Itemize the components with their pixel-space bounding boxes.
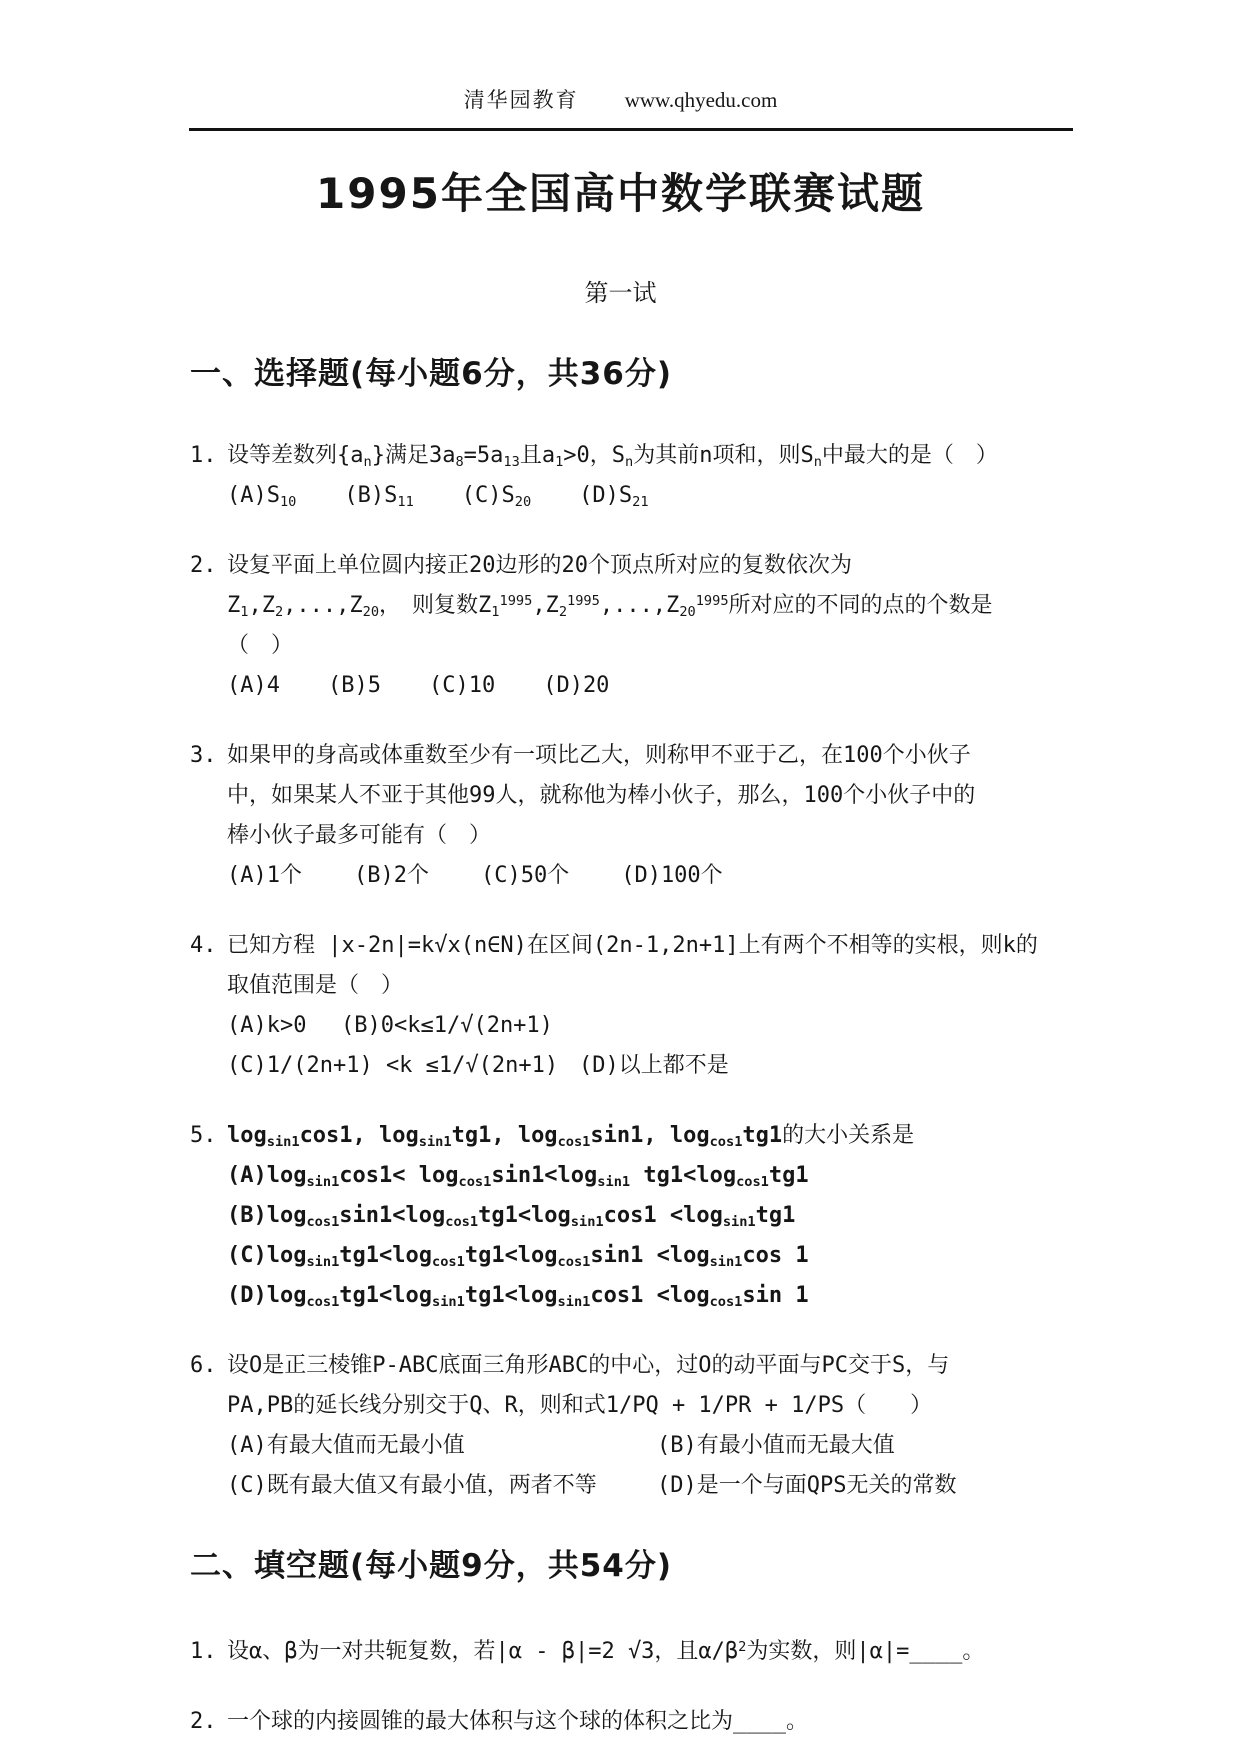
brand-text: 清华园教育 (464, 84, 579, 114)
question-line: 取值范围是（ ） (227, 966, 1085, 1006)
question-number: 1. (190, 436, 227, 516)
option-b: (B)5 (328, 666, 381, 706)
document-page: 清华园教育 www.qhyedu.com 1995年全国高中数学联赛试题 第一试… (0, 0, 1241, 1754)
option-a: (A)4 (227, 666, 280, 706)
question-line: logsin1cos1, logsin1tg1, logcos1sin1, lo… (227, 1116, 1085, 1156)
section-1-heading: 一、选择题(每小题6分，共36分) (190, 354, 1085, 394)
option-d: (D)100个 (621, 856, 722, 896)
question-2: 2. 设复平面上单位圆内接正20边形的20个顶点所对应的复数依次为 Z1,Z2,… (190, 546, 1085, 706)
question-1: 1. 设等差数列{an}满足3a8=5a13且a1>0，Sn为其前n项和，则Sn… (190, 436, 1085, 516)
question-line: 已知方程 |x-2n|=k√x(n∈N)在区间(2n-1,2n+1]上有两个不相… (227, 926, 1085, 966)
question-line: Z1,Z2,...,Z20， 则复数Z11995,Z21995,...,Z201… (227, 586, 1085, 626)
option-c: (C)1/(2n+1) <k ≤1/√(2n+1) (227, 1046, 579, 1086)
question-line: 如果甲的身高或体重数至少有一项比乙大，则称甲不亚于乙，在100个小伙子 (227, 736, 1085, 776)
fill-question-2: 2. 一个球的内接圆锥的最大体积与这个球的体积之比为____。 (190, 1702, 1085, 1742)
option-b: (B)logcos1sin1<logcos1tg1<logsin1cos1 <l… (227, 1196, 795, 1236)
question-body: 设α、β为一对共轭复数，若|α - β|=2 √3，且α/β2为实数，则|α|=… (227, 1632, 1085, 1672)
option-a: (A)logsin1cos1< logcos1sin1<logsin1 tg1<… (227, 1156, 809, 1196)
option-c: (C)S20 (462, 476, 531, 516)
section-2-heading: 二、填空题(每小题9分，共54分) (190, 1546, 1085, 1586)
question-line: 一个球的内接圆锥的最大体积与这个球的体积之比为____。 (227, 1702, 1085, 1742)
option-c: (C)10 (429, 666, 495, 706)
document-body: 一、选择题(每小题6分，共36分) 1. 设等差数列{an}满足3a8=5a13… (190, 354, 1085, 1742)
fill-question-1: 1. 设α、β为一对共轭复数，若|α - β|=2 √3，且α/β2为实数，则|… (190, 1632, 1085, 1672)
header-rule (189, 128, 1073, 131)
question-line: 设复平面上单位圆内接正20边形的20个顶点所对应的复数依次为 (227, 546, 1085, 586)
question-line: PA,PB的延长线分别交于Q、R，则和式1/PQ + 1/PR + 1/PS（ … (227, 1386, 1085, 1426)
question-number: 3. (190, 736, 227, 896)
question-line: （ ） (227, 626, 1085, 666)
option-c: (C)既有最大值又有最小值，两者不等 (227, 1466, 657, 1506)
options-row: (A)4 (B)5 (C)10 (D)20 (227, 666, 1085, 706)
question-line: 棒小伙子最多可能有（ ） (227, 816, 1085, 856)
question-number: 4. (190, 926, 227, 1086)
options-row: (A)有最大值而无最小值 (B)有最小值而无最大值 (227, 1426, 1085, 1466)
options-row: (C)1/(2n+1) <k ≤1/√(2n+1) (D)以上都不是 (227, 1046, 1085, 1086)
page-title: 1995年全国高中数学联赛试题 (0, 161, 1241, 221)
options-row: (A)k>0 (B)0<k≤1/√(2n+1) (227, 1006, 1085, 1046)
question-4: 4. 已知方程 |x-2n|=k√x(n∈N)在区间(2n-1,2n+1]上有两… (190, 926, 1085, 1086)
option-b: (B)S11 (344, 476, 413, 516)
site-url: www.qhyedu.com (625, 88, 778, 113)
question-body: 一个球的内接圆锥的最大体积与这个球的体积之比为____。 (227, 1702, 1085, 1742)
question-number: 5. (190, 1116, 227, 1316)
question-3: 3. 如果甲的身高或体重数至少有一项比乙大，则称甲不亚于乙，在100个小伙子 中… (190, 736, 1085, 896)
question-number: 2. (190, 546, 227, 706)
option-a: (A)S10 (227, 476, 296, 516)
option-d: (D)是一个与面QPS无关的常数 (657, 1466, 956, 1506)
options-row: (A)logsin1cos1< logcos1sin1<logsin1 tg1<… (227, 1156, 1085, 1196)
option-d: (D)20 (543, 666, 609, 706)
question-line: 设O是正三棱锥P-ABC底面三角形ABC的中心，过O的动平面与PC交于S，与 (227, 1346, 1085, 1386)
page-subtitle: 第一试 (0, 273, 1241, 308)
options-row: (C)既有最大值又有最小值，两者不等 (D)是一个与面QPS无关的常数 (227, 1466, 1085, 1506)
options-row: (C)logsin1tg1<logcos1tg1<logcos1sin1 <lo… (227, 1236, 1085, 1276)
options-row: (A)S10 (B)S11 (C)S20 (D)S21 (227, 476, 1085, 516)
question-body: 如果甲的身高或体重数至少有一项比乙大，则称甲不亚于乙，在100个小伙子 中，如果… (227, 736, 1085, 896)
options-row: (D)logcos1tg1<logsin1tg1<logsin1cos1 <lo… (227, 1276, 1085, 1316)
question-body: 设等差数列{an}满足3a8=5a13且a1>0，Sn为其前n项和，则Sn中最大… (227, 436, 1085, 516)
option-b: (B)有最小值而无最大值 (657, 1426, 895, 1466)
option-d: (D)以上都不是 (579, 1046, 729, 1086)
question-body: 设O是正三棱锥P-ABC底面三角形ABC的中心，过O的动平面与PC交于S，与 P… (227, 1346, 1085, 1506)
options-row: (B)logcos1sin1<logcos1tg1<logsin1cos1 <l… (227, 1196, 1085, 1236)
question-body: logsin1cos1, logsin1tg1, logcos1sin1, lo… (227, 1116, 1085, 1316)
question-number: 2. (190, 1702, 227, 1742)
question-number: 6. (190, 1346, 227, 1506)
page-header: 清华园教育 www.qhyedu.com (0, 0, 1241, 114)
question-line: 中，如果某人不亚于其他99人，就称他为棒小伙子，那么，100个小伙子中的 (227, 776, 1085, 816)
question-line: 设等差数列{an}满足3a8=5a13且a1>0，Sn为其前n项和，则Sn中最大… (227, 436, 1085, 476)
option-a: (A)1个 (227, 856, 302, 896)
option-b: (B)2个 (354, 856, 429, 896)
question-body: 已知方程 |x-2n|=k√x(n∈N)在区间(2n-1,2n+1]上有两个不相… (227, 926, 1085, 1086)
question-body: 设复平面上单位圆内接正20边形的20个顶点所对应的复数依次为 Z1,Z2,...… (227, 546, 1085, 706)
option-c: (C)logsin1tg1<logcos1tg1<logcos1sin1 <lo… (227, 1236, 809, 1276)
option-a: (A)k>0 (227, 1006, 341, 1046)
option-d: (D)S21 (579, 476, 648, 516)
question-6: 6. 设O是正三棱锥P-ABC底面三角形ABC的中心，过O的动平面与PC交于S，… (190, 1346, 1085, 1506)
option-b: (B)0<k≤1/√(2n+1) (341, 1006, 553, 1046)
options-row: (A)1个 (B)2个 (C)50个 (D)100个 (227, 856, 1085, 896)
option-d: (D)logcos1tg1<logsin1tg1<logsin1cos1 <lo… (227, 1276, 809, 1316)
question-number: 1. (190, 1632, 227, 1672)
option-a: (A)有最大值而无最小值 (227, 1426, 657, 1466)
question-5: 5. logsin1cos1, logsin1tg1, logcos1sin1,… (190, 1116, 1085, 1316)
option-c: (C)50个 (481, 856, 569, 896)
question-line: 设α、β为一对共轭复数，若|α - β|=2 √3，且α/β2为实数，则|α|=… (227, 1632, 1085, 1672)
